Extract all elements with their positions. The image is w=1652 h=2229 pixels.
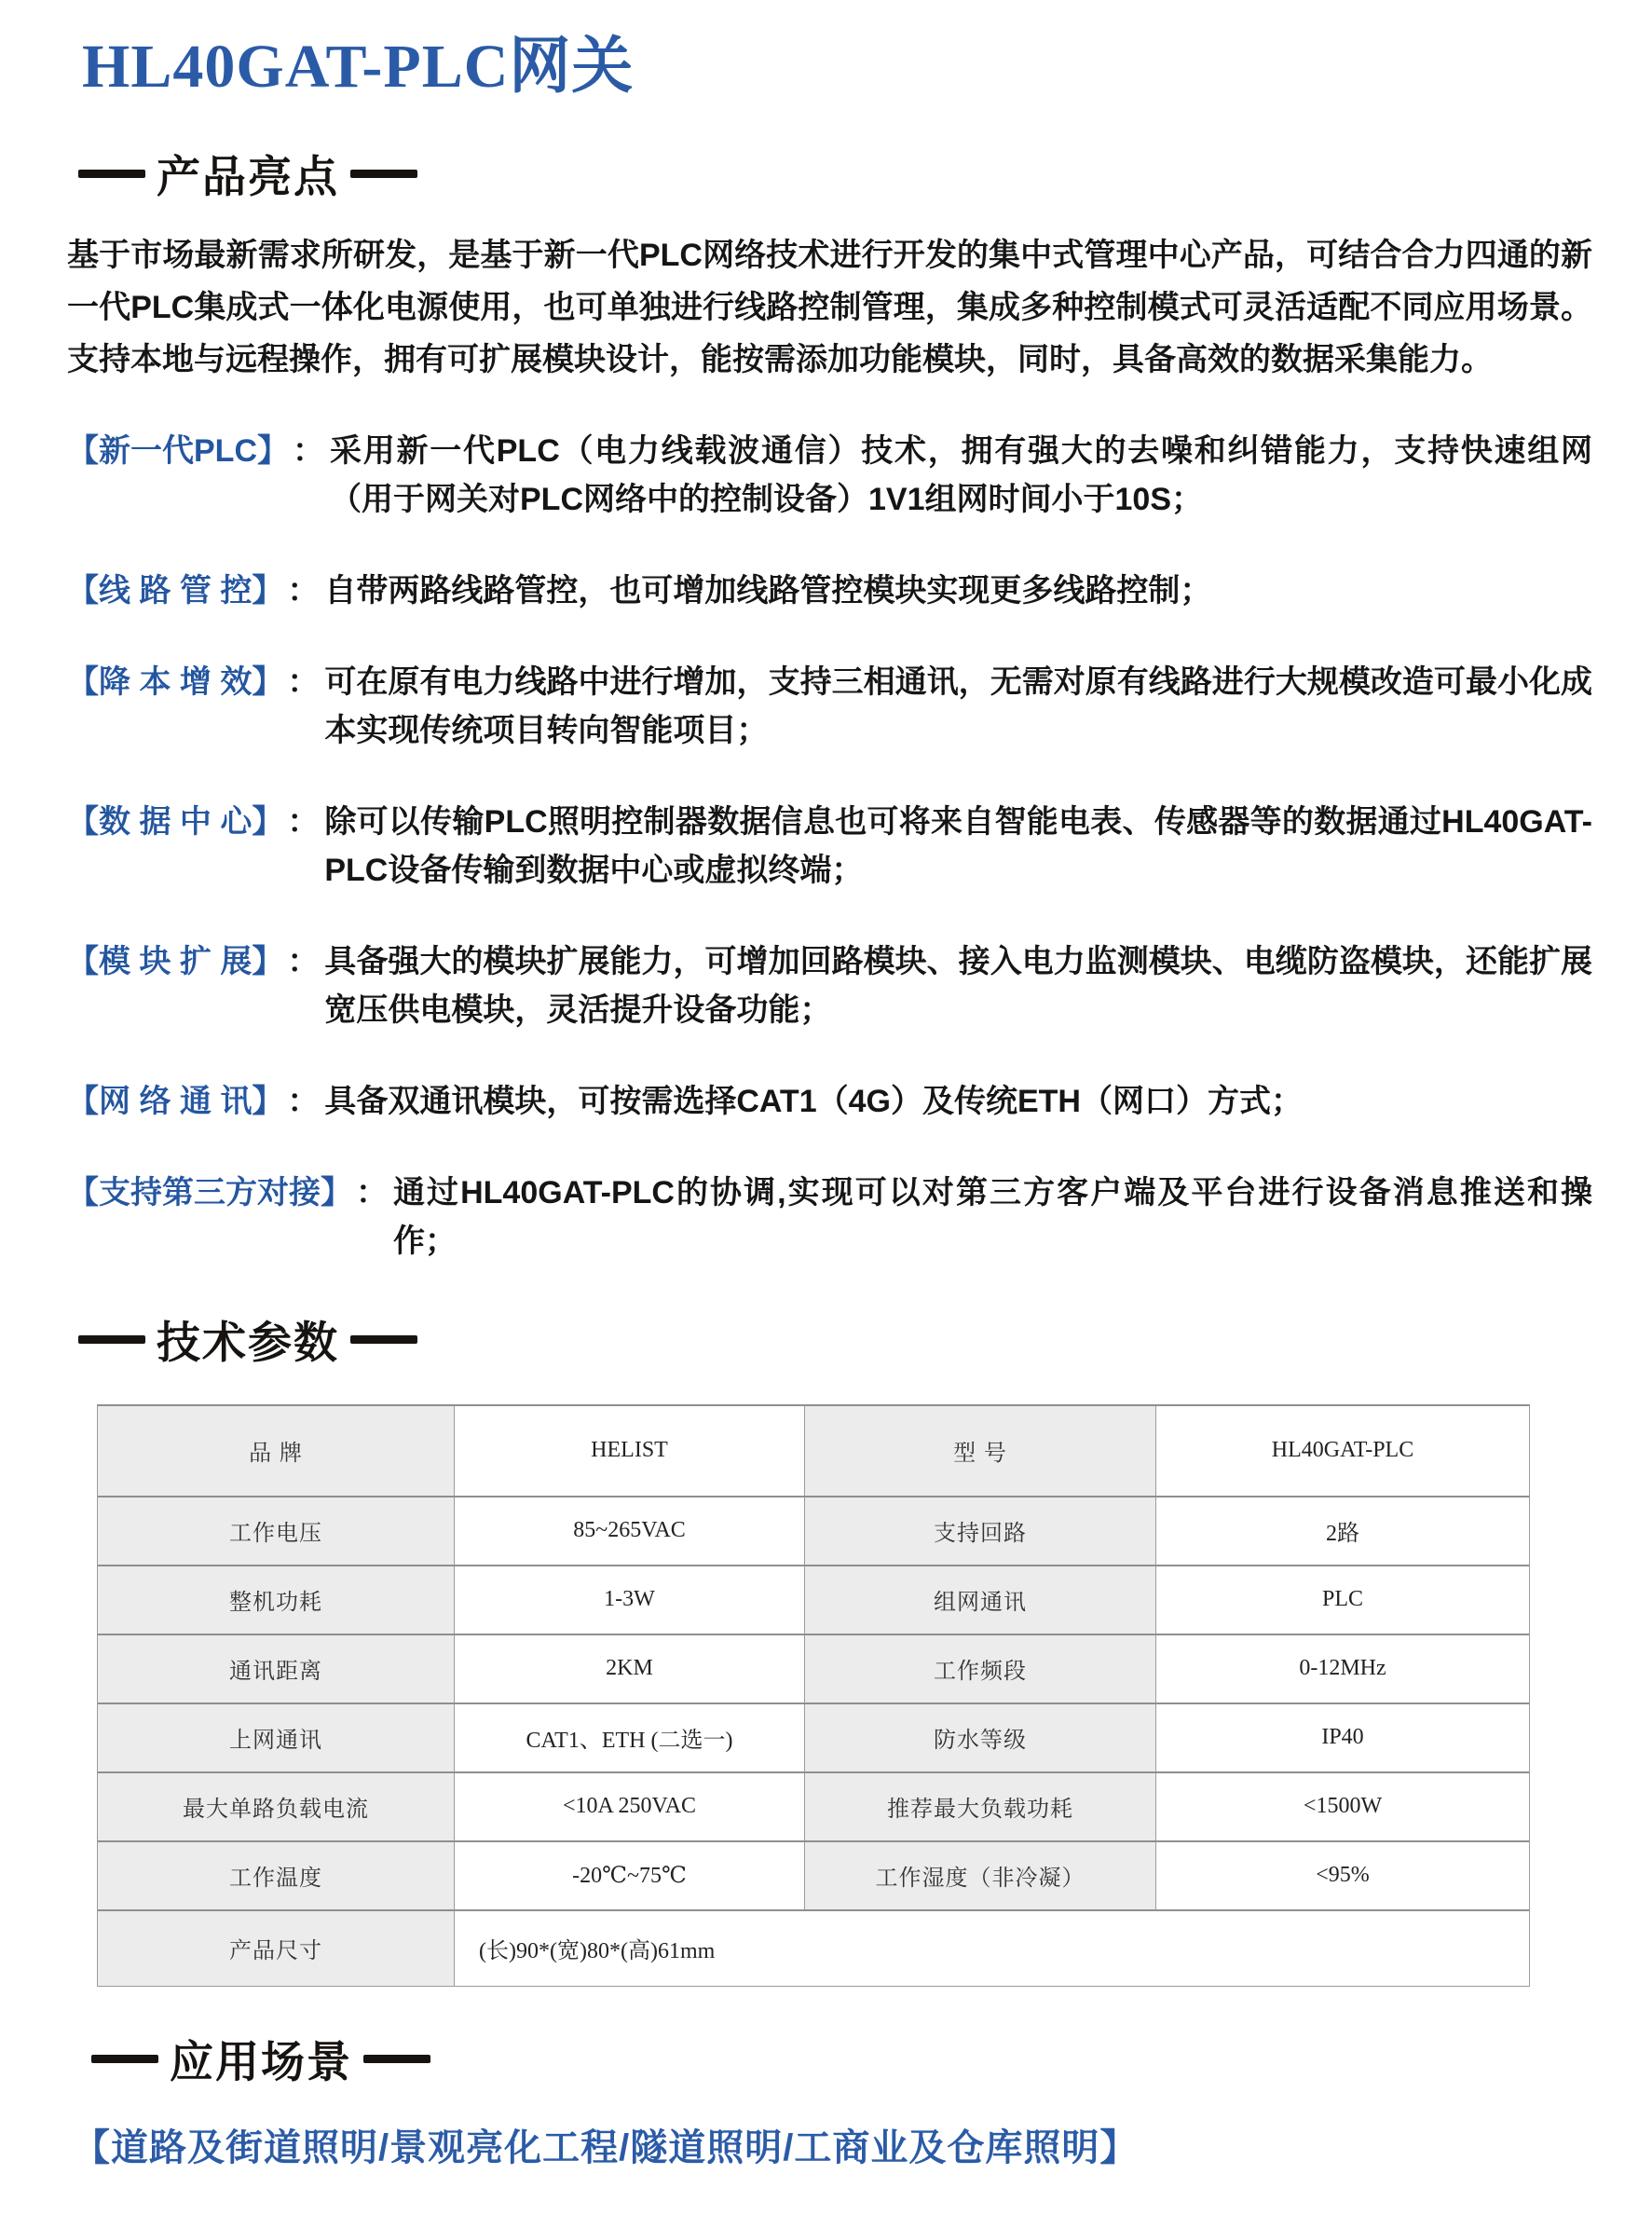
spec-value: <10A 250VAC: [454, 1773, 804, 1840]
heading-dash-left: [78, 170, 145, 178]
highlight-list: 【新一代PLC】 ： 采用新一代PLC（电力线载波通信）技术，拥有强大的去噪和纠…: [67, 427, 1592, 1265]
spec-label: 工作频段: [804, 1635, 1155, 1703]
spec-value: IP40: [1155, 1704, 1529, 1771]
spec-label: 整机功耗: [98, 1566, 454, 1634]
highlight-item: 【降 本 增 效】 ： 可在原有电力线路中进行增加，支持三相通讯，无需对原有线路…: [67, 658, 1592, 755]
intro-paragraph: 基于市场最新需求所研发，是基于新一代PLC网络技术进行开发的集中式管理中心产品，…: [67, 229, 1592, 386]
highlight-separator: ：: [356, 1169, 388, 1217]
spec-value: 0-12MHz: [1155, 1635, 1529, 1703]
highlight-item: 【线 路 管 控】 ： 自带两路线路管控，也可增加线路管控模块实现更多线路控制；: [67, 567, 1592, 615]
spec-value: -20℃~75℃: [454, 1842, 804, 1909]
highlight-label: 【数 据 中 心】: [67, 798, 283, 846]
highlight-separator: ：: [287, 1077, 319, 1126]
highlight-separator: ：: [287, 658, 319, 706]
section-heading-text: 技术参数: [157, 1308, 339, 1371]
heading-dash-left: [91, 2055, 158, 2063]
highlight-text: 通过HL40GAT-PLC的协调,实现可以对第三方客户端及平台进行设备消息推送和…: [393, 1169, 1592, 1265]
highlight-separator: ：: [293, 427, 324, 475]
spec-value: 2KM: [454, 1635, 804, 1703]
table-row: 工作电压 85~265VAC 支持回路 2路: [98, 1496, 1529, 1565]
highlight-item: 【模 块 扩 展】 ： 具备强大的模块扩展能力，可增加回路模块、接入电力监测模块…: [67, 937, 1592, 1034]
section-heading-applications: 应用场景: [80, 2028, 1592, 2090]
spec-value: <1500W: [1155, 1773, 1529, 1840]
spec-label: 工作湿度（非冷凝）: [804, 1842, 1155, 1909]
highlight-separator: ：: [287, 567, 319, 615]
table-row: 通讯距离 2KM 工作频段 0-12MHz: [98, 1634, 1529, 1703]
highlight-label: 【模 块 扩 展】: [67, 937, 283, 986]
table-row: 工作温度 -20℃~75℃ 工作湿度（非冷凝） <95%: [98, 1840, 1529, 1909]
spec-label: 推荐最大负载功耗: [804, 1773, 1155, 1840]
section-heading-specs: 技术参数: [67, 1308, 1592, 1371]
highlight-text: 可在原有电力线路中进行增加，支持三相通讯，无需对原有线路进行大规模改造可最小化成…: [324, 658, 1592, 755]
spec-label: 通讯距离: [98, 1635, 454, 1703]
highlight-label: 【新一代PLC】: [67, 427, 289, 475]
highlight-item: 【支持第三方对接】 ： 通过HL40GAT-PLC的协调,实现可以对第三方客户端…: [67, 1169, 1592, 1265]
spec-label: 型 号: [804, 1406, 1155, 1496]
spec-label: 支持回路: [804, 1497, 1155, 1565]
spec-value: HL40GAT-PLC: [1155, 1406, 1529, 1496]
heading-dash-left: [78, 1335, 145, 1344]
heading-dash-right: [350, 170, 417, 178]
spec-table: 品 牌 HELIST 型 号 HL40GAT-PLC 工作电压 85~265VA…: [97, 1404, 1530, 1987]
section-heading-text: 产品亮点: [157, 143, 339, 205]
spec-value: HELIST: [454, 1406, 804, 1496]
heading-dash-right: [350, 1335, 417, 1344]
highlight-separator: ：: [287, 798, 319, 846]
spec-value: PLC: [1155, 1566, 1529, 1634]
highlight-text: 自带两路线路管控，也可增加线路管控模块实现更多线路控制；: [324, 567, 1592, 615]
heading-dash-right: [363, 2055, 430, 2063]
table-row: 品 牌 HELIST 型 号 HL40GAT-PLC: [98, 1406, 1529, 1496]
highlight-item: 【新一代PLC】 ： 采用新一代PLC（电力线载波通信）技术，拥有强大的去噪和纠…: [67, 427, 1592, 524]
highlight-label: 【支持第三方对接】: [67, 1169, 352, 1217]
spec-label: 工作温度: [98, 1842, 454, 1909]
spec-value: CAT1、ETH (二选一): [454, 1704, 804, 1771]
highlight-text: 具备强大的模块扩展能力，可增加回路模块、接入电力监测模块、电缆防盗模块，还能扩展…: [324, 937, 1592, 1034]
table-row: 产品尺寸 (长)90*(宽)80*(高)61mm: [98, 1909, 1529, 1986]
highlight-label: 【降 本 增 效】: [67, 658, 283, 706]
spec-value: 1-3W: [454, 1566, 804, 1634]
section-heading-highlights: 产品亮点: [67, 143, 1592, 205]
spec-value: 85~265VAC: [454, 1497, 804, 1565]
highlight-text: 除可以传输PLC照明控制器数据信息也可将来自智能电表、传感器等的数据通过HL40…: [324, 798, 1592, 895]
product-datasheet: HL40GAT-PLC网关 产品亮点 基于市场最新需求所研发，是基于新一代PLC…: [0, 0, 1652, 2229]
spec-value: (长)90*(宽)80*(高)61mm: [454, 1911, 1529, 1986]
highlight-label: 【线 路 管 控】: [67, 567, 283, 615]
spec-label: 工作电压: [98, 1497, 454, 1565]
highlight-label: 【网 络 通 讯】: [67, 1077, 283, 1126]
spec-label: 产品尺寸: [98, 1911, 454, 1986]
highlight-text: 具备双通讯模块，可按需选择CAT1（4G）及传统ETH（网口）方式；: [324, 1077, 1592, 1126]
table-row: 最大单路负载电流 <10A 250VAC 推荐最大负载功耗 <1500W: [98, 1771, 1529, 1840]
highlight-item: 【数 据 中 心】 ： 除可以传输PLC照明控制器数据信息也可将来自智能电表、传…: [67, 798, 1592, 895]
spec-value: 2路: [1155, 1497, 1529, 1565]
application-scenarios-text: 【道路及街道照明/景观亮化工程/隧道照明/工商业及仓库照明】: [73, 2118, 1592, 2171]
spec-value: <95%: [1155, 1842, 1529, 1909]
highlight-separator: ：: [287, 937, 319, 986]
spec-label: 组网通讯: [804, 1566, 1155, 1634]
table-row: 上网通讯 CAT1、ETH (二选一) 防水等级 IP40: [98, 1703, 1529, 1771]
page-title: HL40GAT-PLC网关: [82, 34, 1592, 102]
highlight-text: 采用新一代PLC（电力线载波通信）技术，拥有强大的去噪和纠错能力，支持快速组网（…: [330, 427, 1592, 524]
spec-label: 防水等级: [804, 1704, 1155, 1771]
spec-label: 最大单路负载电流: [98, 1773, 454, 1840]
spec-label: 上网通讯: [98, 1704, 454, 1771]
table-row: 整机功耗 1-3W 组网通讯 PLC: [98, 1565, 1529, 1634]
highlight-item: 【网 络 通 讯】 ： 具备双通讯模块，可按需选择CAT1（4G）及传统ETH（…: [67, 1077, 1592, 1126]
section-heading-text: 应用场景: [170, 2028, 352, 2090]
spec-label: 品 牌: [98, 1406, 454, 1496]
